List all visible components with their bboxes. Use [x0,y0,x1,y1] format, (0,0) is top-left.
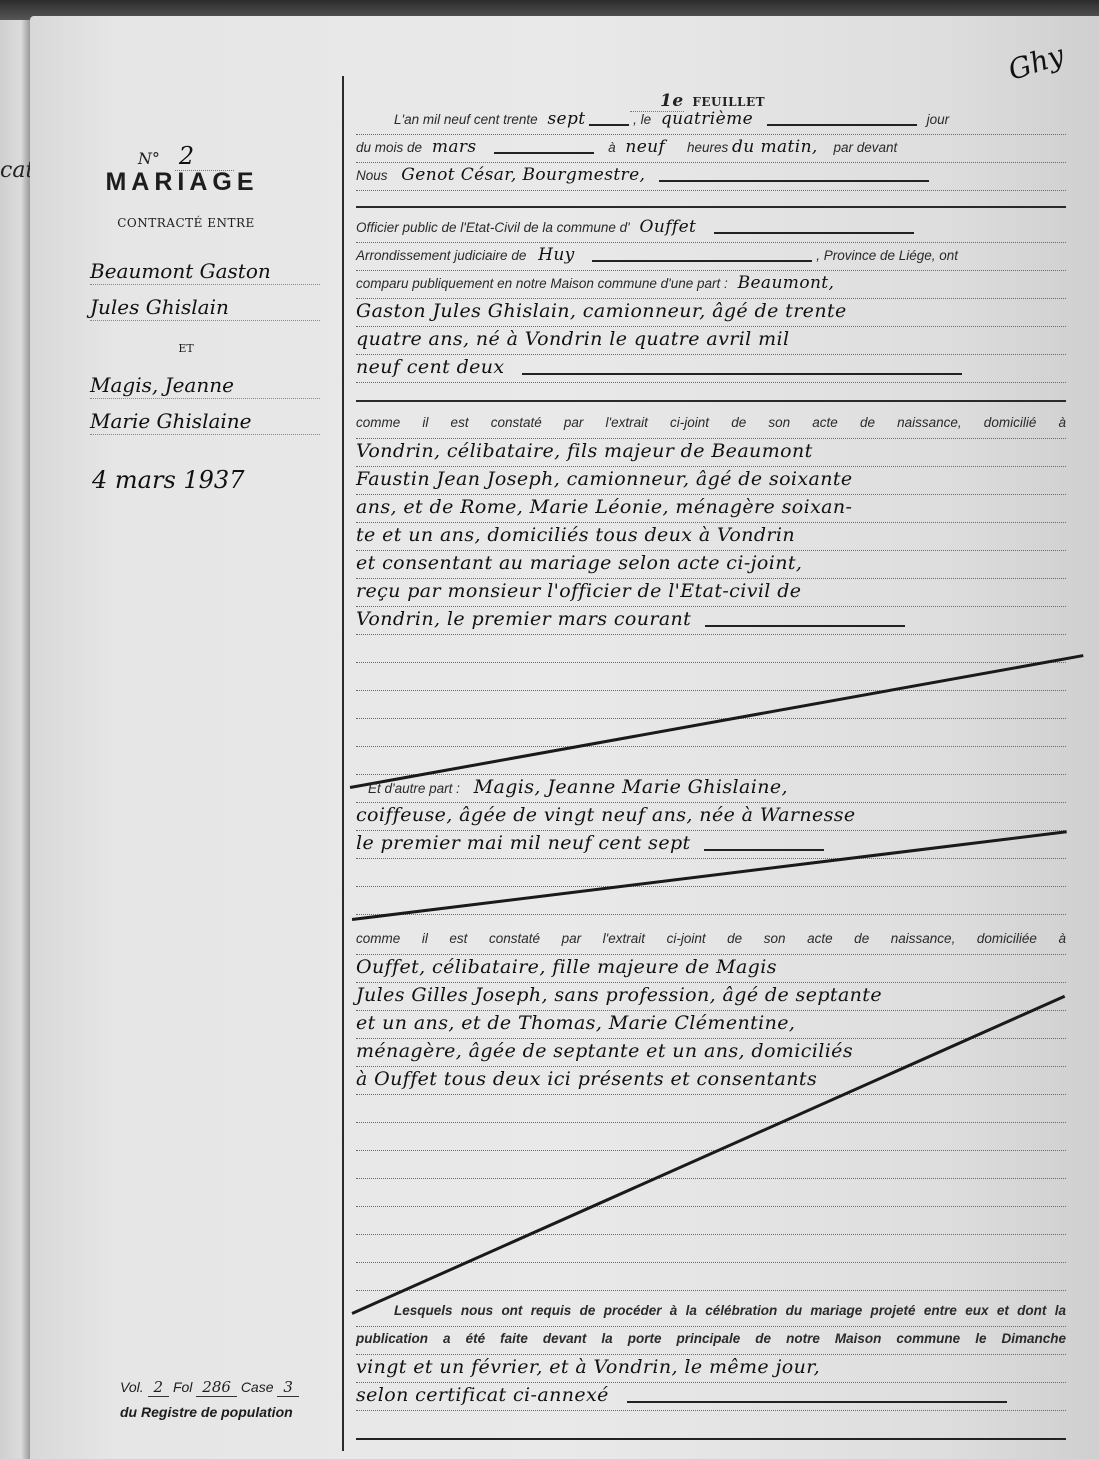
groom-parents-line-7: Vondrin, le premier mars courant [356,606,1066,635]
blank-line [356,886,1066,915]
hw-commune: Ouffet [640,217,697,237]
blank-line [356,858,1066,887]
bride-parents-line-5: à Ouffet tous deux ici présents et conse… [356,1066,1066,1095]
hw-text: selon certificat ci-annexé [356,1384,609,1406]
groom-line-3: neuf cent deux [356,354,1066,383]
publication-printed-1: Lesquels nous ont requis de procéder à l… [356,1298,1066,1327]
fill-line [627,1391,1007,1403]
header-line-3: Nous Genot César, Bourgmestre, [356,162,1066,191]
blank-line [356,690,1066,719]
act-number-value: 2 [175,142,234,171]
groom-parents-line-3: ans, et de Rome, Marie Léonie, ménagère … [356,494,1066,523]
act-title: MARIAGE [26,168,338,197]
bride-parents-line-1: Ouffet, célibataire, fille majeure de Ma… [356,954,1066,983]
hw-text: le premier mai mil neuf cent sept [356,832,691,854]
publication-line-2: selon certificat ci-annexé [356,1382,1066,1411]
conjunction-et: ET [30,342,342,355]
vol-value: 2 [148,1378,170,1397]
printed-text: à [608,140,616,155]
printed-text: Et d'autre part : [368,781,460,796]
fill-line [704,839,824,851]
adjacent-page-edge: cat [0,20,30,1459]
closing-line [356,1410,1066,1440]
publication-printed-2: publication a été faite devant la porte … [356,1326,1066,1355]
blank-line [356,1206,1066,1235]
printed-text: du mois de [356,140,422,155]
vol-label: Vol. [120,1379,144,1395]
blank-line [356,634,1066,663]
registry-caption: du Registre de population [120,1404,340,1420]
fill-line [705,615,905,627]
paraph-signature: Ghy [1004,38,1068,87]
groom-parents-line-2: Faustin Jean Joseph, camionneur, âgé de … [356,466,1066,495]
hw-text: Vondrin, le premier mars courant [356,608,691,630]
fill-line [767,114,917,126]
printed-text: heures [687,140,728,155]
blank-line [356,1178,1066,1207]
blank-line [356,1094,1066,1123]
groom-birth-printed: comme il est constaté par l'extrait ci-j… [356,410,1066,439]
spouse2-name-line1: Magis, Jeanne [90,372,320,399]
bride-parents-line-2: Jules Gilles Joseph, sans profession, âg… [356,982,1066,1011]
blank-line [356,1262,1066,1291]
case-label: Case [241,1379,274,1395]
groom-line-1: Gaston Jules Ghislain, camionneur, âgé d… [356,298,1066,327]
blank-line [356,746,1066,775]
bride-line-1: Et d'autre part : Magis, Jeanne Marie Gh… [356,774,1066,803]
fill-line [592,250,812,262]
printed-text: par devant [834,140,898,155]
spouse2-name-line2: Marie Ghislaine [90,408,320,435]
publication-line-1: vingt et un février, et à Vondrin, le mê… [356,1354,1066,1383]
hw-hour: neuf [625,137,665,157]
groom-parents-line-5: et consentant au mariage selon acte ci-j… [356,550,1066,579]
blank-line [356,1234,1066,1263]
act-number-label: N° [138,149,160,168]
fol-value: 286 [196,1378,237,1397]
fill-line [522,363,962,375]
hw-arrondissement: Huy [538,245,575,265]
marriage-date-note: 4 mars 1937 [92,466,244,494]
hw-officer: Genot César, Bourgmestre, [401,165,645,185]
officer-line-2: Arrondissement judiciaire de Huy , Provi… [356,242,1066,271]
groom-parents-line-6: reçu par monsieur l'officier de l'Etat-c… [356,578,1066,607]
act-number: N° 2 [30,142,342,170]
section-separator [356,400,1066,402]
officer-line-1: Officier public de l'Etat-Civil de la co… [356,214,1066,243]
spouse1-name-line1: Beaumont Gaston [90,258,320,285]
header-line-2: du mois de mars à neuf heures du matin, … [356,134,1066,163]
printed-text: L'an mil neuf cent trente [394,112,538,127]
fill-line [494,142,594,154]
groom-parents-line-1: Vondrin, célibataire, fils majeur de Bea… [356,438,1066,467]
bride-parents-line-3: et un ans, et de Thomas, Marie Clémentin… [356,1010,1066,1039]
hw-groom-surname: Beaumont, [738,273,835,293]
spouse1-name-line2: Jules Ghislain [90,294,320,321]
column-divider [342,76,344,1451]
printed-text: Officier public de l'Etat-Civil de la co… [356,220,630,235]
printed-text: , Province de Liége, ont [816,248,958,263]
hw-period: du matin, [732,137,818,157]
register-page: Ghy 1e Feuillet N° 2 MARIAGE CONTRACTÉ E… [30,16,1099,1459]
case-value: 3 [277,1378,299,1397]
groom-line-2: quatre ans, né à Vondrin le quatre avril… [356,326,1066,355]
section-separator [356,206,1066,208]
fill-line [589,114,629,126]
officer-line-3: comparu publiquement en notre Maison com… [356,270,1066,299]
bride-line-2: coiffeuse, âgée de vingt neuf ans, née à… [356,802,1066,831]
hw-bride-name: Magis, Jeanne Marie Ghislaine, [474,776,788,798]
printed-text: , le [633,112,651,127]
fill-line [714,222,914,234]
groom-parents-line-4: te et un ans, domiciliés tous deux à Von… [356,522,1066,551]
act-subtitle: CONTRACTÉ ENTRE [30,216,342,230]
blank-line [356,1122,1066,1151]
printed-text: Arrondissement judiciaire de [356,248,526,263]
fol-label: Fol [173,1379,192,1395]
hw-text: neuf cent deux [356,356,505,378]
header-line-1: L'an mil neuf cent trente sept , le quat… [356,106,1066,135]
printed-text: comparu publiquement en notre Maison com… [356,276,728,291]
printed-text: jour [927,112,950,127]
fill-line [659,170,929,182]
hw-month: mars [432,137,477,157]
hw-year: sept [547,109,585,129]
population-registry-ref: Vol. 2 Fol 286 Case 3 du Registre de pop… [120,1378,340,1420]
hw-day: quatrième [661,109,753,129]
printed-text: Nous [356,168,388,183]
bride-birth-printed: comme il est constaté par l'extrait ci-j… [356,926,1066,955]
